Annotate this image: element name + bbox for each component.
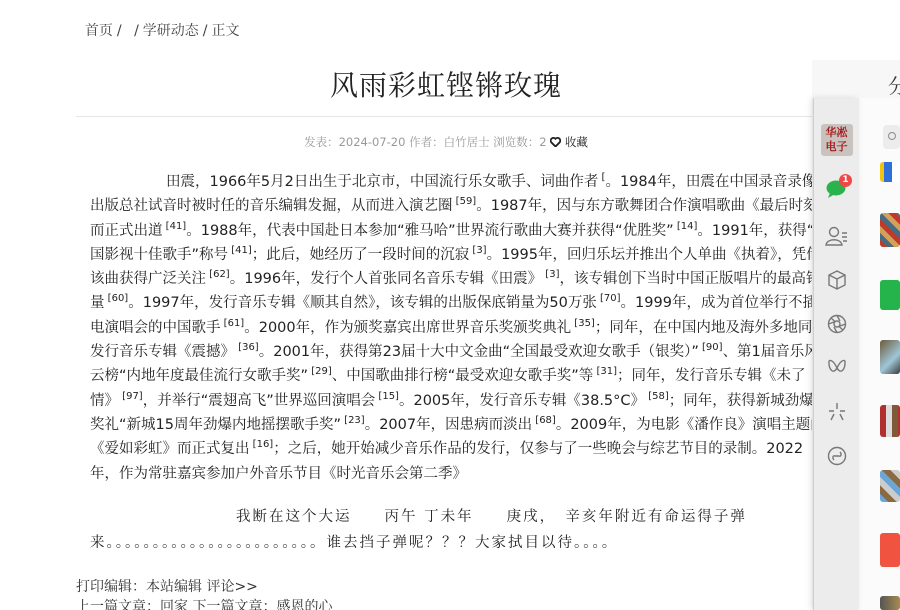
chat-thumb[interactable] <box>880 280 900 310</box>
chat-thumb[interactable] <box>880 162 900 182</box>
prev-article-link[interactable]: 回家 <box>160 599 188 610</box>
citation-link[interactable]: [62] <box>206 269 230 280</box>
chat-thumb[interactable] <box>880 596 900 610</box>
editor-name: 本站编辑 <box>146 579 202 595</box>
breadcrumb-category[interactable]: 学研动态 <box>143 23 199 39</box>
chat-thumb[interactable] <box>880 470 900 502</box>
article-paragraph: 田震，1966年5月2日出生于北京市，中国流行乐女歌手、词曲作者 [。1984年… <box>90 170 830 486</box>
citation-link[interactable]: [31] <box>593 367 617 378</box>
unread-badge: 1 <box>839 174 852 187</box>
aperture-icon <box>827 314 847 334</box>
side-panel-title: 分 <box>888 70 900 99</box>
citation-link[interactable]: [23] <box>341 415 365 426</box>
dock-contacts-button[interactable] <box>814 218 859 254</box>
author-name: 白竹居士 <box>444 135 490 149</box>
breadcrumb-separator: / <box>117 23 122 39</box>
dock-cube-button[interactable] <box>814 262 859 298</box>
chat-thumb[interactable] <box>880 405 900 437</box>
article-meta: 发表：2024-07-20 作者：白竹居士 浏览数：2 收藏 <box>76 134 816 150</box>
paragraph-text: 田震，1966年5月2日出生于北京市，中国流行乐女歌手、词曲作者 <box>166 174 598 190</box>
cube-icon <box>827 270 847 290</box>
citation-link[interactable]: [15] <box>375 391 399 402</box>
paragraph-text: 。1996年，发行个人首张同名音乐专辑《田震》 <box>230 271 542 287</box>
citation-link[interactable]: [35] <box>571 318 595 329</box>
paragraph-text: 。1988年，代表中国赴日本参加“雅马哈”世界流行歌曲大赛并获得“优胜奖” <box>186 223 673 239</box>
shop-icon[interactable] <box>880 533 900 567</box>
avatar: 华凇电子 <box>821 124 853 156</box>
search-icon <box>887 131 899 143</box>
breadcrumb-home[interactable]: 首页 <box>85 23 113 39</box>
sparkle-icon <box>827 402 847 422</box>
citation-link[interactable]: [3] <box>469 245 486 256</box>
paragraph-text: ；此后，她经历了一段时间的沉寂 <box>252 247 470 263</box>
citation-link[interactable]: [16] <box>250 439 274 450</box>
published-date: 2024-07-20 <box>339 135 406 149</box>
citation-link[interactable]: [61] <box>221 318 245 329</box>
author-label: 作者： <box>409 135 444 149</box>
citation-link[interactable]: [41] <box>228 245 252 256</box>
app-dock: 华凇电子 1 <box>813 98 859 610</box>
paragraph-text: 、中国歌曲排行榜“最受欢迎女歌手奖”等 <box>332 368 594 384</box>
heart-icon <box>550 137 561 147</box>
breadcrumb-separator: / <box>203 23 208 39</box>
breadcrumb-separator: / <box>134 23 139 39</box>
contacts-icon <box>825 225 849 247</box>
dock-search-button[interactable] <box>814 394 859 430</box>
citation-link[interactable]: [59] <box>453 196 477 207</box>
views-label: 浏览数： <box>493 135 539 149</box>
next-article-link[interactable]: 感恩的心 <box>276 599 332 610</box>
paragraph-text: ，并举行“震翅高飞”世界巡回演唱会 <box>143 393 376 409</box>
citation-link[interactable]: [29] <box>308 367 332 378</box>
butterfly-icon <box>827 359 847 377</box>
editor-line: 打印编辑：本站编辑 评论>> <box>76 577 332 597</box>
citation-link[interactable]: [14] <box>674 221 698 232</box>
dock-chat-button[interactable]: 1 <box>814 170 859 206</box>
title-divider <box>76 116 816 117</box>
paragraph-text: 。2007年，因患病而淡出 <box>365 417 532 433</box>
breadcrumb-current: 正文 <box>212 23 240 39</box>
favorite-button[interactable]: 收藏 <box>550 135 588 149</box>
published-label: 发表： <box>304 135 339 149</box>
paragraph-text: 。2005年，发行音乐专辑《38.5°C》 <box>399 393 645 409</box>
comment-link[interactable]: 评论>> <box>206 579 257 595</box>
prev-label: 上一篇文章： <box>76 599 160 610</box>
citation-link[interactable]: [90] <box>699 342 723 353</box>
article-footer: 打印编辑：本站编辑 评论>> 上一篇文章：回家 下一篇文章：感恩的心 <box>76 577 332 610</box>
breadcrumb: 首页/ /学研动态/正文 <box>76 4 244 40</box>
article-title: 风雨彩虹铿锵玫瑰 <box>76 64 816 104</box>
citation-link[interactable]: [36] <box>235 342 259 353</box>
article-paragraph-2: 我断在这个大运 丙午 丁未年 庚戌， 辛亥年附近有命运得子弹来。。。。。。。。。… <box>90 504 830 556</box>
chat-thumb[interactable] <box>880 213 900 247</box>
citation-link[interactable]: [3] <box>542 269 559 280</box>
paragraph-text: 。2001年，获得第23届十大中文金曲“全国最受欢迎女歌手（银奖）” <box>259 344 699 360</box>
next-label: 下一篇文章： <box>192 599 276 610</box>
citation-link[interactable]: [70] <box>597 294 621 305</box>
link-circle-icon <box>827 446 847 466</box>
search-input[interactable] <box>883 125 900 149</box>
citation-link[interactable]: [58] <box>645 391 669 402</box>
citation-link[interactable]: [68] <box>532 415 556 426</box>
views-count: 2 <box>539 135 546 149</box>
paragraph-text: 。2000年，作为颁奖嘉宾出席世界音乐奖颁奖典礼 <box>244 320 571 336</box>
profile-avatar[interactable]: 华凇电子 <box>814 122 859 158</box>
dock-moments-button[interactable] <box>814 306 859 342</box>
dock-channels-button[interactable] <box>814 350 859 386</box>
citation-link[interactable]: [41] <box>163 221 187 232</box>
article-body: 田震，1966年5月2日出生于北京市，中国流行乐女歌手、词曲作者 [。1984年… <box>90 170 830 556</box>
dock-miniapp-button[interactable] <box>814 438 859 474</box>
chat-thumb[interactable] <box>880 340 900 374</box>
editor-label: 打印编辑： <box>76 579 146 595</box>
prev-next-line: 上一篇文章：回家 下一篇文章：感恩的心 <box>76 597 332 610</box>
citation-link[interactable]: [60] <box>105 294 129 305</box>
citation-link[interactable]: [97] <box>119 391 143 402</box>
favorite-label: 收藏 <box>565 135 588 149</box>
paragraph-text: 。1997年，发行音乐专辑《顺其自然》，该专辑的出版保底销量为50万张 <box>128 295 597 311</box>
